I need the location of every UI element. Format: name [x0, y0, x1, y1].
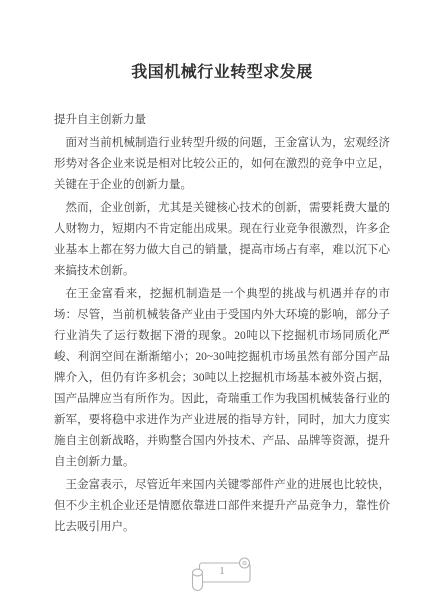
document-page: 我国机械行业转型求发展 提升自主创新力量 面对当前机械制造行业转型升级的问题，王…	[0, 0, 424, 600]
document-title: 我国机械行业转型求发展	[54, 62, 390, 84]
paragraph-4: 王金富表示，尽管近年来国内关键零部件产业的进展也比较快，但不少主机企业还是情愿依…	[54, 475, 390, 538]
page-number-scroll-icon: 1	[188, 556, 256, 592]
paragraph-3: 在王金富看来，挖掘机制造是一个典型的挑战与机遇并存的市场：尽管，当前机械装备产业…	[54, 284, 390, 473]
page-footer: 1	[54, 556, 390, 600]
page-number: 1	[188, 563, 256, 581]
paragraph-2: 然而，企业创新，尤其是关键核心技术的创新，需要耗费大量的人财物力，短期内不肯定能…	[54, 198, 390, 282]
section-heading: 提升自主创新力量	[54, 110, 390, 131]
paragraph-1: 面对当前机械制造行业转型升级的问题，王金富认为，宏观经济形势对各企业来说是相对比…	[54, 133, 390, 196]
